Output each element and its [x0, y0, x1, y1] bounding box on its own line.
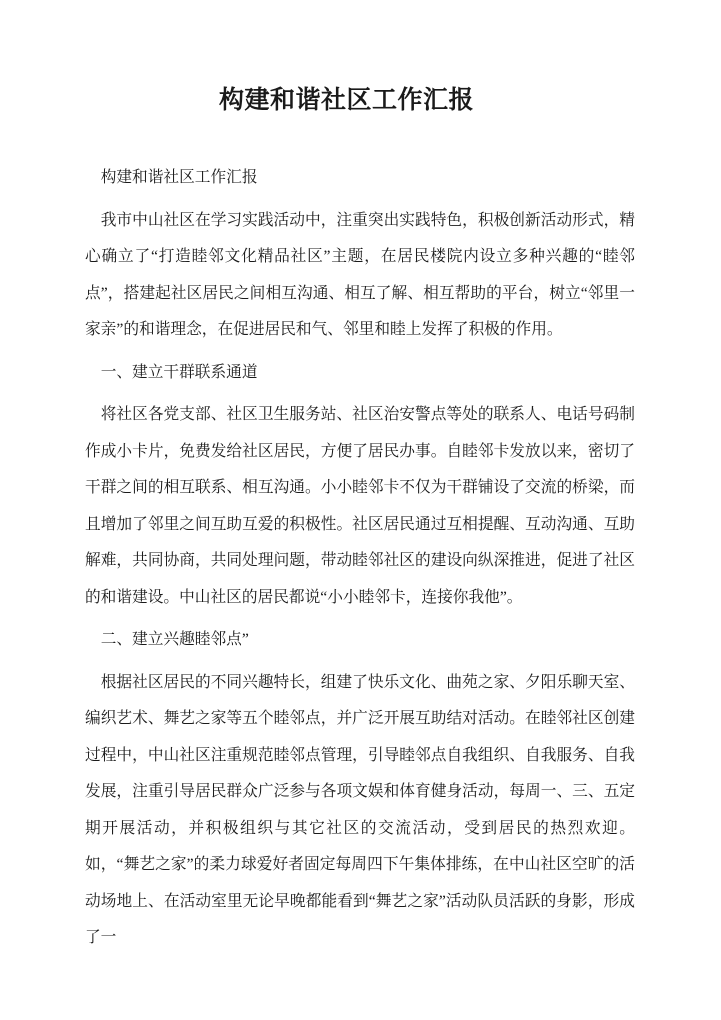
paragraph-title-line: 构建和谐社区工作汇报	[85, 160, 635, 197]
paragraph-intro: 我市中山社区在学习实践活动中，注重突出实践特色，积极创新活动形式，精心确立了“打…	[85, 203, 635, 349]
paragraph-section-2: 根据社区居民的不同兴趣特长，组建了快乐文化、曲苑之家、夕阳乐聊天室、编织艺术、舞…	[85, 665, 635, 957]
heading-section-1: 一、建立干群联系通道	[85, 355, 635, 392]
document-page: 构建和谐社区工作汇报 构建和谐社区工作汇报 我市中山社区在学习实践活动中，注重突…	[0, 0, 721, 1020]
paragraph-section-1: 将社区各党支部、社区卫生服务站、社区治安警点等处的联系人、电话号码制作成小卡片，…	[85, 397, 635, 616]
document-body: 构建和谐社区工作汇报 我市中山社区在学习实践活动中，注重突出实践特色，积极创新活…	[85, 160, 635, 957]
heading-section-2: 二、建立兴趣睦邻点”	[85, 622, 635, 659]
document-title: 构建和谐社区工作汇报	[85, 84, 636, 117]
